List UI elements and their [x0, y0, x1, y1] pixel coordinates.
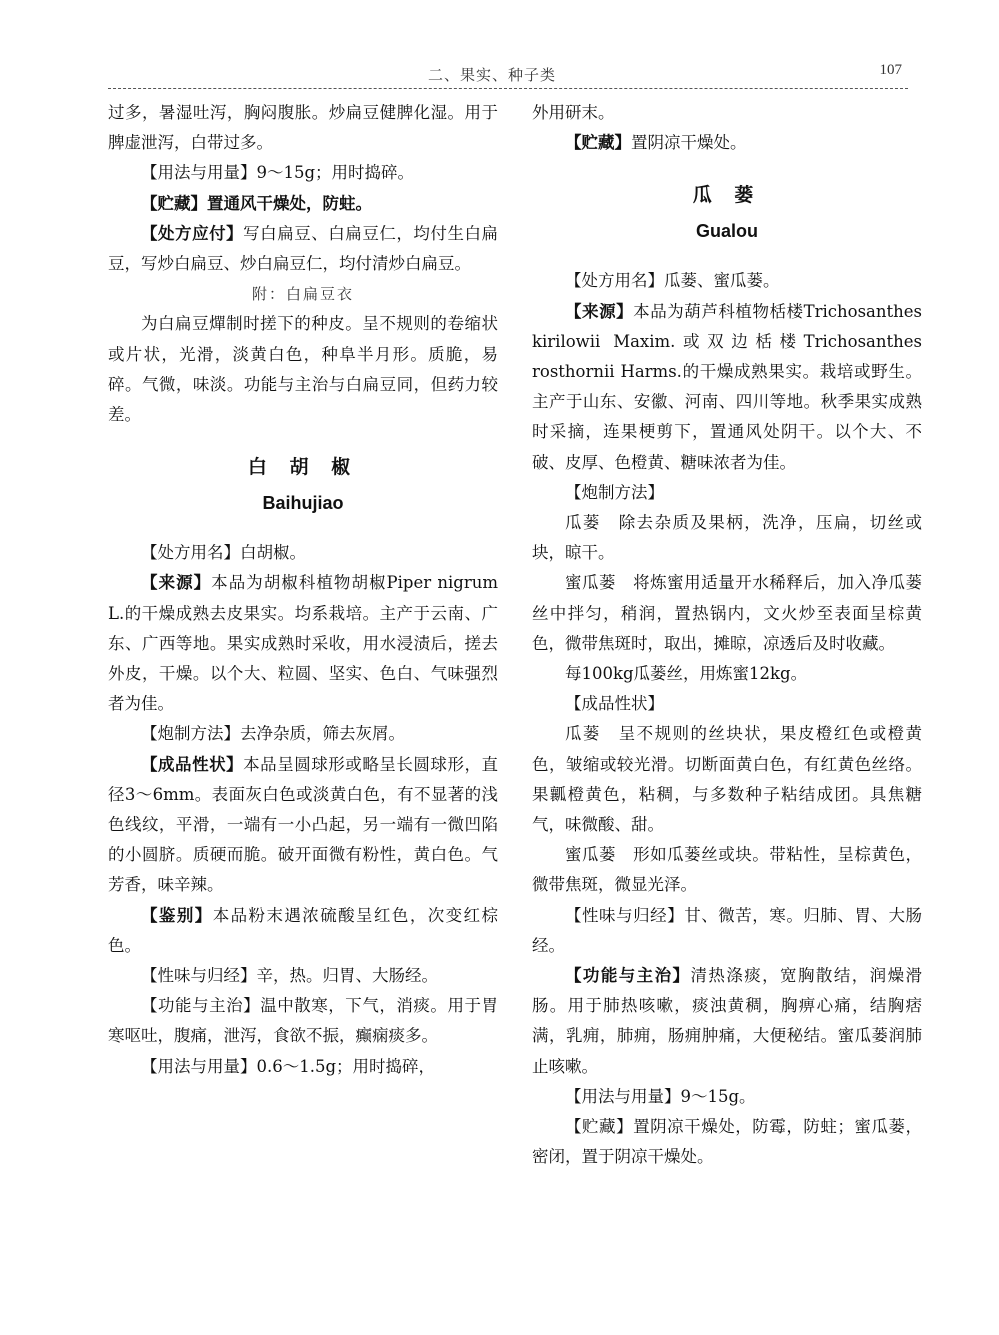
- section-label: 【炮制方法】: [141, 724, 240, 743]
- processing-label: 【炮制方法】: [532, 478, 922, 508]
- section: 【成品性状】本品呈圆球形或略呈长圆球形，直径3～6mm。表面灰白色或淡黄白色，有…: [108, 750, 498, 901]
- processing-item: 瓜蒌 除去杂质及果柄，洗净，压扁，切丝或块，晾干。: [532, 508, 922, 568]
- processing-item: 每100kg瓜蒌丝，用炼蜜12kg。: [532, 659, 922, 689]
- section: 【性味与归经】甘、微苦，寒。归肺、胃、大肠经。: [532, 901, 922, 961]
- continued-paragraph: 外用研末。: [532, 98, 922, 128]
- section-label: 【来源】: [565, 302, 633, 321]
- herb-pinyin: Baihujiao: [108, 490, 498, 516]
- chapter-title: 二、果实、种子类: [428, 64, 556, 85]
- section-label: 【性味与归经】: [565, 906, 684, 925]
- appendix-text: 为白扁豆燀制时搓下的种皮。呈不规则的卷缩状或片状，光滑，淡黄白色，种阜半月形。质…: [108, 309, 498, 430]
- section: 【鉴别】本品粉末遇浓硫酸呈红色，次变红棕色。: [108, 901, 498, 961]
- section-label: 【来源】: [141, 573, 211, 592]
- processing-item: 蜜瓜蒌 将炼蜜用适量开水稀释后，加入净瓜蒌丝中拌匀，稍润，置热锅内，文火炒至表面…: [532, 568, 922, 659]
- storage-section: 【贮藏】置通风干燥处，防蛀。: [108, 189, 498, 219]
- section: 【用法与用量】0.6～1.5g；用时捣碎，: [108, 1052, 498, 1082]
- section: 【处方用名】白胡椒。: [108, 538, 498, 568]
- prescription-section: 【处方应付】写白扁豆、白扁豆仁，均付生白扁豆，写炒白扁豆、炒白扁豆仁，均付清炒白…: [108, 219, 498, 279]
- left-column: 过多，暑湿吐泻，胸闷腹胀。炒扁豆健脾化湿。用于脾虚泄泻，白带过多。 【用法与用量…: [108, 98, 498, 1082]
- header-rule: [108, 88, 908, 89]
- section-label: 【贮藏】: [141, 194, 207, 213]
- section: 【炮制方法】去净杂质，筛去灰屑。: [108, 719, 498, 749]
- section-label: 【贮藏】: [565, 1117, 633, 1136]
- section: 【性味与归经】辛，热。归胃、大肠经。: [108, 961, 498, 991]
- section-label: 【用法与用量】: [565, 1087, 681, 1106]
- spacer: [532, 244, 922, 266]
- section-label: 【用法与用量】: [141, 163, 257, 182]
- section-label: 【用法与用量】: [141, 1057, 257, 1076]
- section: 【来源】本品为胡椒科植物胡椒Piper nigrum L.的干燥成熟去皮果实。均…: [108, 568, 498, 719]
- herb-title: 瓜 蒌: [532, 180, 922, 210]
- properties-item: 蜜瓜蒌 形如瓜蒌丝或块。带粘性，呈棕黄色，微带焦斑，微显光泽。: [532, 840, 922, 900]
- usage-section: 【用法与用量】9～15g；用时捣碎。: [108, 158, 498, 188]
- section-label: 【处方用名】: [565, 271, 664, 290]
- running-header: 二、果实、种子类 107: [108, 58, 908, 88]
- section-label: 【处方用名】: [141, 543, 240, 562]
- page-number: 107: [880, 62, 903, 79]
- section-label: 【性味与归经】: [141, 966, 257, 985]
- continued-paragraph: 过多，暑湿吐泻，胸闷腹胀。炒扁豆健脾化湿。用于脾虚泄泻，白带过多。: [108, 98, 498, 158]
- section-label: 【鉴别】: [141, 906, 213, 925]
- properties-label: 【成品性状】: [532, 689, 922, 719]
- herb-title: 白 胡 椒: [108, 452, 498, 482]
- section-label: 【贮藏】: [565, 133, 631, 152]
- appendix-title: 附：白扁豆衣: [108, 279, 498, 309]
- section: 【功能与主治】温中散寒，下气，消痰。用于胃寒呕吐，腹痛，泄泻，食欲不振，癫痫痰多…: [108, 991, 498, 1051]
- storage-section: 【贮藏】置阴凉干燥处。: [532, 128, 922, 158]
- section: 【来源】本品为葫芦科植物栝楼Trichosanthes kirilowii Ma…: [532, 297, 922, 478]
- section: 【功能与主治】清热涤痰，宽胸散结，润燥滑肠。用于肺热咳嗽，痰浊黄稠，胸痹心痛，结…: [532, 961, 922, 1082]
- spacer: [108, 516, 498, 538]
- section: 【贮藏】置阴凉干燥处，防霉，防蛀；蜜瓜蒌，密闭，置于阴凉干燥处。: [532, 1112, 922, 1172]
- section: 【用法与用量】9～15g。: [532, 1082, 922, 1112]
- right-column: 外用研末。 【贮藏】置阴凉干燥处。 瓜 蒌 Gualou 【处方用名】瓜蒌、蜜瓜…: [532, 98, 922, 1173]
- section: 【处方用名】瓜蒌、蜜瓜蒌。: [532, 266, 922, 296]
- section-label: 【功能与主治】: [141, 996, 260, 1015]
- herb-pinyin: Gualou: [532, 218, 922, 244]
- section-label: 【处方应付】: [141, 224, 243, 243]
- section-label: 【成品性状】: [141, 755, 243, 774]
- section-label: 【功能与主治】: [565, 966, 690, 985]
- properties-item: 瓜蒌 呈不规则的丝块状，果皮橙红色或橙黄色，皱缩或较光滑。切断面黄白色，有红黄色…: [532, 719, 922, 840]
